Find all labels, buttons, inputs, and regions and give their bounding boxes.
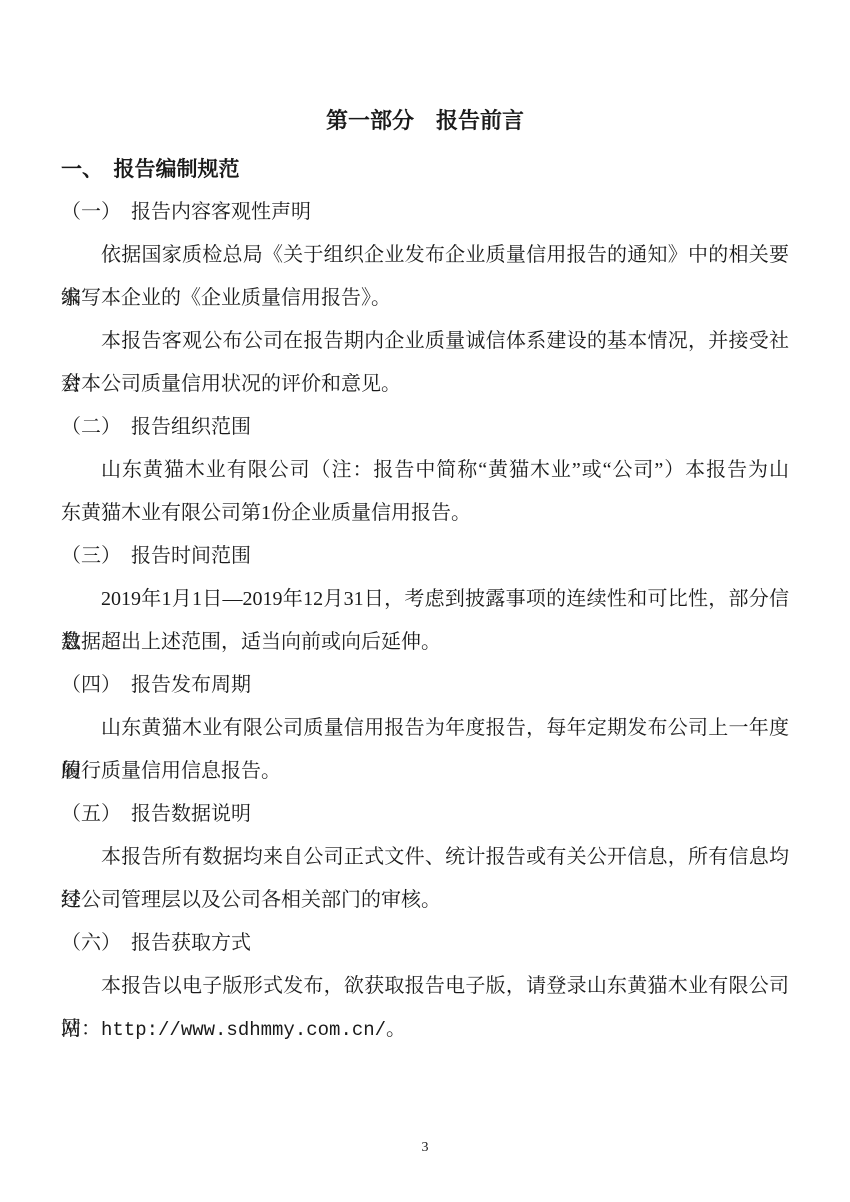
text-segment: 数据超出上述范围，适当向前或向后延伸。 xyxy=(61,631,441,653)
website-url: http://www.sdhmmy.com.cn/ xyxy=(101,1019,386,1041)
body-line: 东黄猫木业有限公司第1份企业质量信用报告。 xyxy=(61,492,789,535)
chapter-heading: 一、 报告编制规范 xyxy=(61,148,789,191)
body-line: 本报告以电子版形式发布，欲获取报告电子版，请登录山东黄猫木业有限公司网 xyxy=(61,965,789,1008)
body-line: 山东黄猫木业有限公司（注：报告中简称“黄猫木业”或“公司”）本报告为山 xyxy=(61,449,789,492)
text-segment: 。 xyxy=(386,1018,406,1040)
section-heading: （三） 报告时间范围 xyxy=(61,535,789,578)
text-segment: 东黄猫木业有限公司第1份企业质量信用报告。 xyxy=(61,502,471,524)
body-line: 数据超出上述范围，适当向前或向后延伸。 xyxy=(61,621,789,664)
text-segment: 站： xyxy=(61,1018,101,1040)
body-line: 2019年1月1日—2019年12月31日，考虑到披露事项的连续性和可比性，部分… xyxy=(61,578,789,621)
text-segment: （五） 报告数据说明 xyxy=(61,803,251,825)
document-content: 第一部分 报告前言 一、 报告编制规范（一） 报告内容客观性声明依据国家质检总局… xyxy=(61,99,789,1051)
text-segment: 对本公司质量信用状况的评价和意见。 xyxy=(61,373,401,395)
page-title: 第一部分 报告前言 xyxy=(61,99,789,143)
body-line: 站：http://www.sdhmmy.com.cn/。 xyxy=(61,1008,789,1051)
page-number: 3 xyxy=(0,1138,850,1158)
body-line: 本报告客观公布公司在报告期内企业质量诚信体系建设的基本情况，并接受社会 xyxy=(61,320,789,363)
body-line: 本报告所有数据均来自公司正式文件、统计报告或有关公开信息，所有信息均经 xyxy=(61,836,789,879)
section-heading: （一） 报告内容客观性声明 xyxy=(61,191,789,234)
text-segment: （一） 报告内容客观性声明 xyxy=(61,201,311,223)
body-line: 依据国家质检总局《关于组织企业发布企业质量信用报告的通知》中的相关要求 xyxy=(61,234,789,277)
text-segment: （六） 报告获取方式 xyxy=(61,932,251,954)
text-segment: （三） 报告时间范围 xyxy=(61,545,251,567)
body-line: 对本公司质量信用状况的评价和意见。 xyxy=(61,363,789,406)
section-heading: （六） 报告获取方式 xyxy=(61,922,789,965)
text-segment: 山东黄猫木业有限公司（注：报告中简称“黄猫木业”或“公司”）本报告为山 xyxy=(101,459,789,481)
report-document-page: 第一部分 报告前言 一、 报告编制规范（一） 报告内容客观性声明依据国家质检总局… xyxy=(0,0,850,1202)
body-line: 履行质量信用信息报告。 xyxy=(61,750,789,793)
body-line: 过公司管理层以及公司各相关部门的审核。 xyxy=(61,879,789,922)
body-line: 编写本企业的《企业质量信用报告》。 xyxy=(61,277,789,320)
text-segment: 履行质量信用信息报告。 xyxy=(61,760,281,782)
section-heading: （二） 报告组织范围 xyxy=(61,406,789,449)
section-heading: （五） 报告数据说明 xyxy=(61,793,789,836)
document-body: 一、 报告编制规范（一） 报告内容客观性声明依据国家质检总局《关于组织企业发布企… xyxy=(61,148,789,1051)
text-segment: （二） 报告组织范围 xyxy=(61,416,251,438)
body-line: 山东黄猫木业有限公司质量信用报告为年度报告，每年定期发布公司上一年度的 xyxy=(61,707,789,750)
text-segment: （四） 报告发布周期 xyxy=(61,674,251,696)
text-segment: 过公司管理层以及公司各相关部门的审核。 xyxy=(61,889,441,911)
text-segment: 一、 报告编制规范 xyxy=(61,157,240,181)
text-segment: 编写本企业的《企业质量信用报告》。 xyxy=(61,287,391,309)
section-heading: （四） 报告发布周期 xyxy=(61,664,789,707)
